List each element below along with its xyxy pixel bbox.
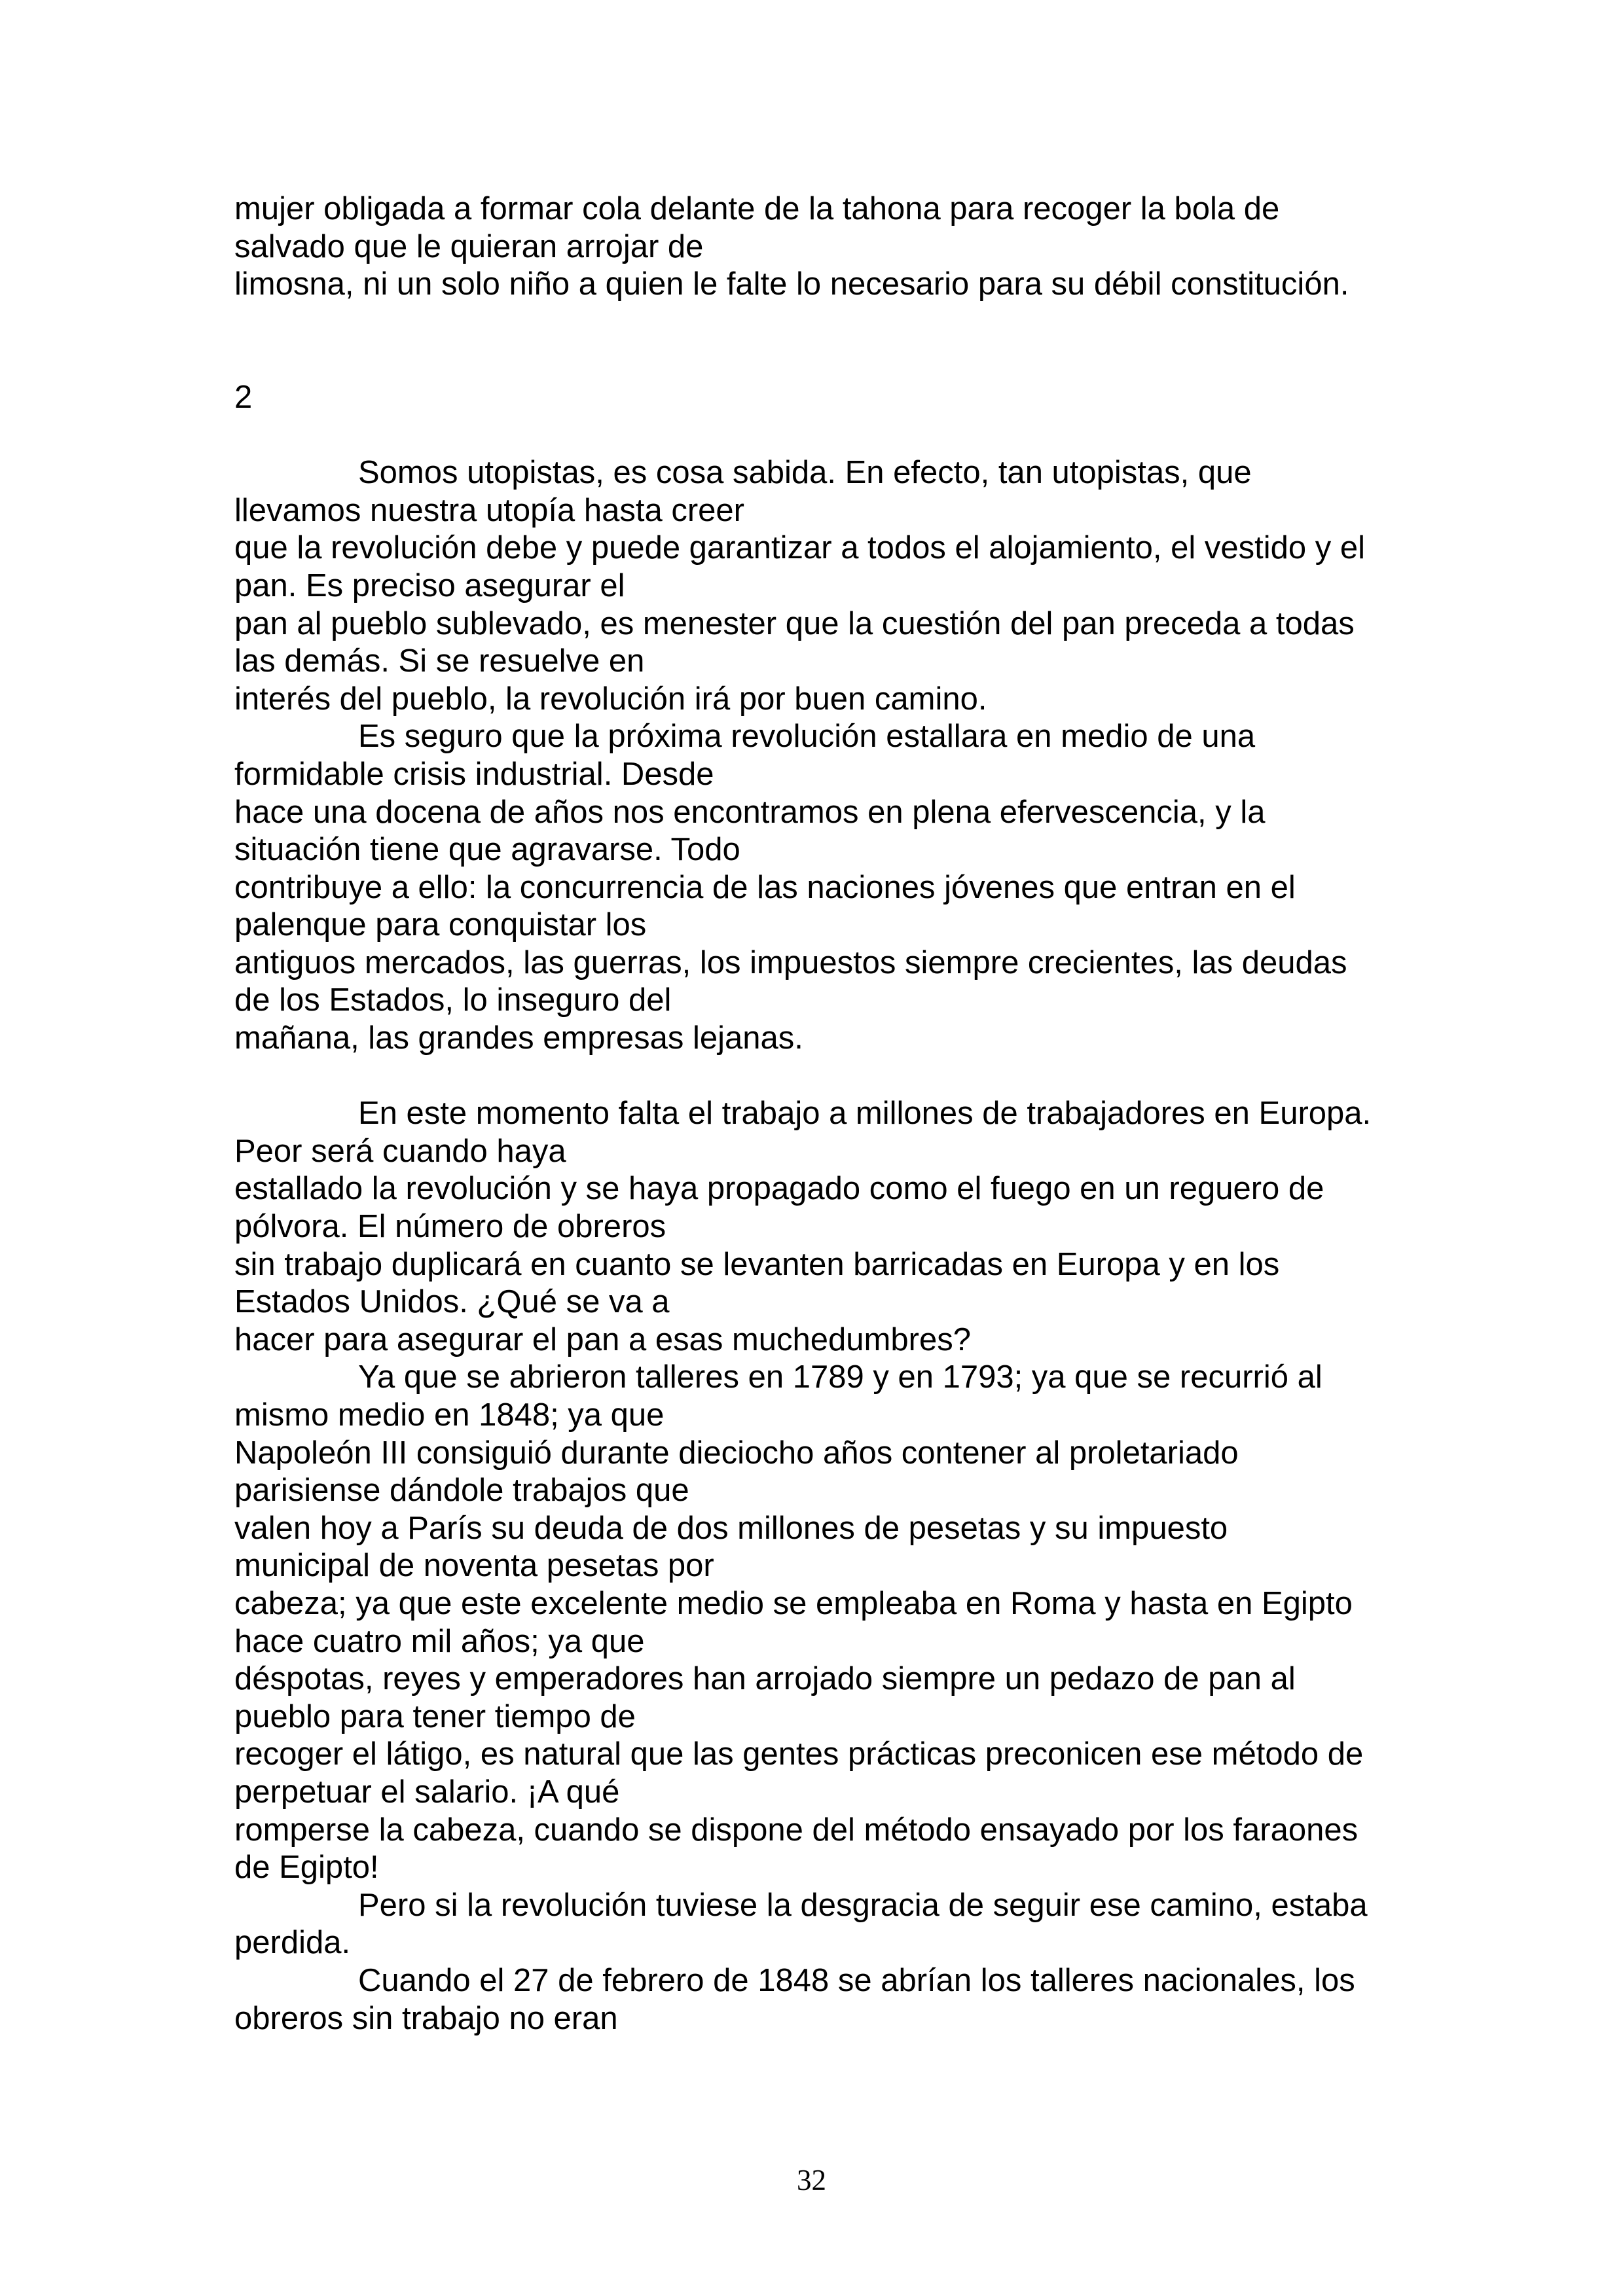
text-line: romperse la cabeza, cuando se dispone de…	[234, 1812, 1406, 1850]
text-line: de Egipto!	[234, 1849, 1406, 1887]
text-line: formidable crisis industrial. Desde	[234, 756, 1406, 794]
text-line: pólvora. El número de obreros	[234, 1208, 1406, 1246]
text-line: pan al pueblo sublevado, es menester que…	[234, 605, 1406, 643]
text-line: déspotas, reyes y emperadores han arroja…	[234, 1660, 1406, 1698]
text-line: Somos utopistas, es cosa sabida. En efec…	[234, 454, 1406, 492]
text-line: Estados Unidos. ¿Qué se va a	[234, 1283, 1406, 1321]
text-line: mismo medio en 1848; ya que	[234, 1397, 1406, 1435]
page-number: 32	[0, 2163, 1623, 2197]
text-line: parisiense dándole trabajos que	[234, 1472, 1406, 1510]
text-line: estallado la revolución y se haya propag…	[234, 1170, 1406, 1208]
text-line: cabeza; ya que este excelente medio se e…	[234, 1585, 1406, 1623]
text-line: antiguos mercados, las guerras, los impu…	[234, 944, 1406, 982]
text-line: Es seguro que la próxima revolución esta…	[234, 718, 1406, 756]
text-line: Napoleón III consiguió durante dieciocho…	[234, 1435, 1406, 1473]
text-line: limosna, ni un solo niño a quien le falt…	[234, 266, 1406, 304]
section-number-heading: 2	[234, 379, 1406, 417]
text-line: pan. Es preciso asegurar el	[234, 567, 1406, 605]
text-line: Cuando el 27 de febrero de 1848 se abría…	[234, 1962, 1406, 2000]
text-line: situación tiene que agravarse. Todo	[234, 831, 1406, 869]
text-line: valen hoy a París su deuda de dos millon…	[234, 1510, 1406, 1548]
text-line: obreros sin trabajo no eran	[234, 2000, 1406, 2038]
text-line: recoger el látigo, es natural que las ge…	[234, 1736, 1406, 1774]
text-line: mujer obligada a formar cola delante de …	[234, 190, 1406, 228]
text-line: sin trabajo duplicará en cuanto se levan…	[234, 1246, 1406, 1284]
text-line: hacer para asegurar el pan a esas muched…	[234, 1321, 1406, 1359]
text-block: mujer obligada a formar cola delante de …	[234, 190, 1406, 2037]
text-line: las demás. Si se resuelve en	[234, 643, 1406, 681]
text-line: perdida.	[234, 1924, 1406, 1962]
text-line: que la revolución debe y puede garantiza…	[234, 529, 1406, 567]
text-line: hace cuatro mil años; ya que	[234, 1623, 1406, 1661]
document-page: mujer obligada a formar cola delante de …	[0, 0, 1623, 2296]
text-line: de los Estados, lo inseguro del	[234, 982, 1406, 1020]
text-line: salvado que le quieran arrojar de	[234, 228, 1406, 266]
text-line: En este momento falta el trabajo a millo…	[234, 1095, 1406, 1133]
text-line: llevamos nuestra utopía hasta creer	[234, 492, 1406, 530]
text-line: perpetuar el salario. ¡A qué	[234, 1774, 1406, 1812]
text-line: municipal de noventa pesetas por	[234, 1547, 1406, 1585]
text-line: Pero si la revolución tuviese la desgrac…	[234, 1887, 1406, 1925]
text-line: mañana, las grandes empresas lejanas.	[234, 1020, 1406, 1058]
text-line: interés del pueblo, la revolución irá po…	[234, 681, 1406, 719]
text-line: contribuye a ello: la concurrencia de la…	[234, 869, 1406, 907]
text-line: Peor será cuando haya	[234, 1133, 1406, 1171]
text-line: Ya que se abrieron talleres en 1789 y en…	[234, 1359, 1406, 1397]
text-line: palenque para conquistar los	[234, 906, 1406, 944]
text-line: pueblo para tener tiempo de	[234, 1698, 1406, 1736]
text-line: hace una docena de años nos encontramos …	[234, 794, 1406, 832]
